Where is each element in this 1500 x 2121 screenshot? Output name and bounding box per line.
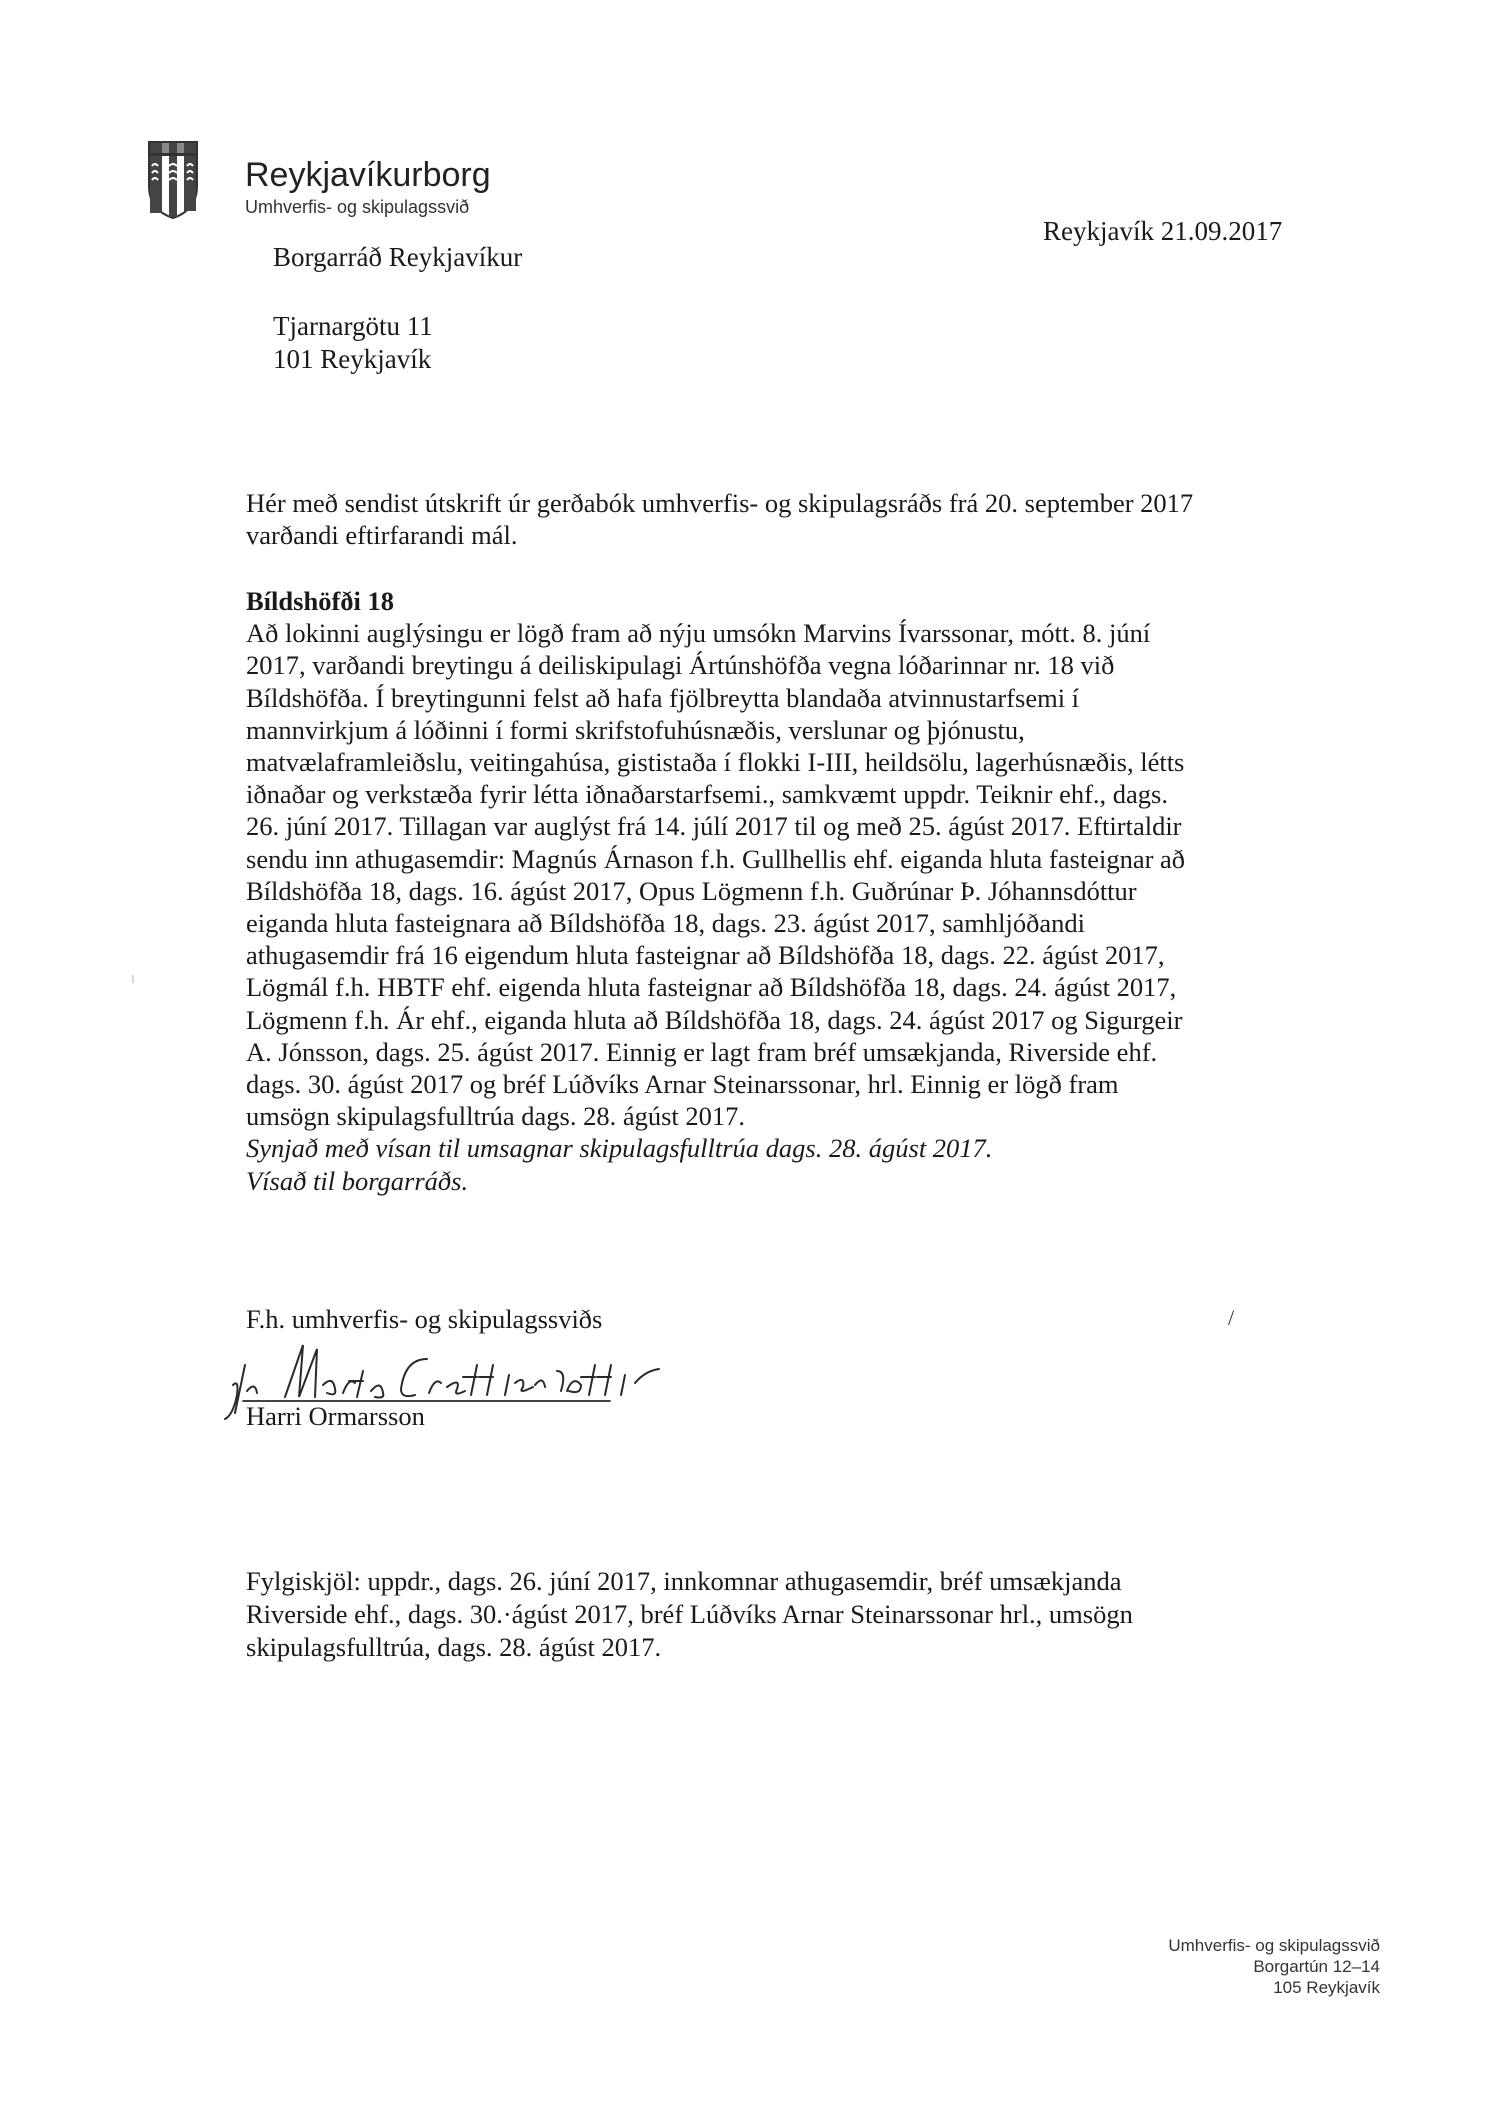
case-description: Að lokinni auglýsingu er lögð fram að ný…: [246, 617, 1306, 1132]
text-line: Synjað með vísan til umsagnar skipulagsf…: [246, 1132, 1306, 1164]
scan-artifact: [132, 975, 134, 983]
letter-date: Reykjavík 21.09.2017: [1043, 215, 1282, 247]
recipient-address: Tjarnargötu 11 101 Reykjavík: [273, 310, 433, 376]
text-line: skipulagsfulltrúa, dags. 28. ágúst 2017.: [246, 1631, 1306, 1664]
text-line: Hér með sendist útskrift úr gerðabók umh…: [246, 487, 1306, 519]
text-line: iðnaðar og verkstæða fyrir létta iðnaðar…: [246, 778, 1306, 810]
signer-name: Harri Ormarsson: [246, 1400, 425, 1432]
text-line: Riverside ehf., dags. 30.·ágúst 2017, br…: [246, 1598, 1306, 1631]
letter-page: Reykjavíkurborg Umhverfis- og skipulagss…: [0, 0, 1500, 2121]
footer-department: Umhverfis- og skipulagssvið: [1168, 1935, 1380, 1956]
text-line: matvælaframleiðslu, veitingahúsa, gistis…: [246, 746, 1306, 778]
footer-street: Borgartún 12–14: [1168, 1956, 1380, 1977]
address-line: 101 Reykjavík: [273, 343, 433, 376]
footer-address: Umhverfis- og skipulagssvið Borgartún 12…: [1168, 1935, 1380, 1998]
recipient-name: Borgarráð Reykjavíkur: [273, 241, 522, 273]
text-line: Vísað til borgarráðs.: [246, 1165, 1306, 1197]
text-line: athugasemdir frá 16 eigendum hluta faste…: [246, 939, 1306, 971]
text-line: Bíldshöfða. Í breytingunni felst að hafa…: [246, 682, 1306, 714]
case-title: Bíldshöfði 18: [246, 585, 1306, 617]
text-line: 26. júní 2017. Tillagan var auglýst frá …: [246, 810, 1306, 842]
attachments-paragraph: Fylgiskjöl: uppdr., dags. 26. júní 2017,…: [246, 1565, 1306, 1664]
case-section: Bíldshöfði 18 Að lokinni auglýsingu er l…: [246, 585, 1306, 1197]
organization-name: Reykjavíkurborg: [245, 156, 491, 194]
text-line: Lögmál f.h. HBTF ehf. eigenda hluta fast…: [246, 971, 1306, 1003]
reykjavik-coat-of-arms-icon: [147, 140, 199, 220]
tick-mark: /: [1228, 1305, 1234, 1331]
footer-city: 105 Reykjavík: [1168, 1977, 1380, 1998]
text-line: Lögmenn f.h. Ár ehf., eiganda hluta að B…: [246, 1004, 1306, 1036]
text-line: umsögn skipulagsfulltrúa dags. 28. ágúst…: [246, 1100, 1306, 1132]
text-line: Fylgiskjöl: uppdr., dags. 26. júní 2017,…: [246, 1565, 1306, 1598]
text-line: dags. 30. ágúst 2017 og bréf Lúðvíks Arn…: [246, 1068, 1306, 1100]
text-line: eiganda hluta fasteignara að Bíldshöfða …: [246, 907, 1306, 939]
text-line: Að lokinni auglýsingu er lögð fram að ný…: [246, 617, 1306, 649]
text-line: A. Jónsson, dags. 25. ágúst 2017. Einnig…: [246, 1036, 1306, 1068]
department-name: Umhverfis- og skipulagssvið: [245, 196, 469, 218]
text-line: varðandi eftirfarandi mál.: [246, 519, 1306, 551]
text-line: mannvirkjum á lóðinni í formi skrifstofu…: [246, 714, 1306, 746]
intro-paragraph: Hér með sendist útskrift úr gerðabók umh…: [246, 487, 1306, 551]
text-line: Bíldshöfða 18, dags. 16. ágúst 2017, Opu…: [246, 875, 1306, 907]
address-line: Tjarnargötu 11: [273, 310, 433, 343]
text-line: sendu inn athugasemdir: Magnús Árnason f…: [246, 843, 1306, 875]
case-decision: Synjað með vísan til umsagnar skipulagsf…: [246, 1132, 1306, 1196]
on-behalf-line: F.h. umhverfis- og skipulagssviðs: [246, 1303, 602, 1335]
text-line: 2017, varðandi breytingu á deiliskipulag…: [246, 649, 1306, 681]
